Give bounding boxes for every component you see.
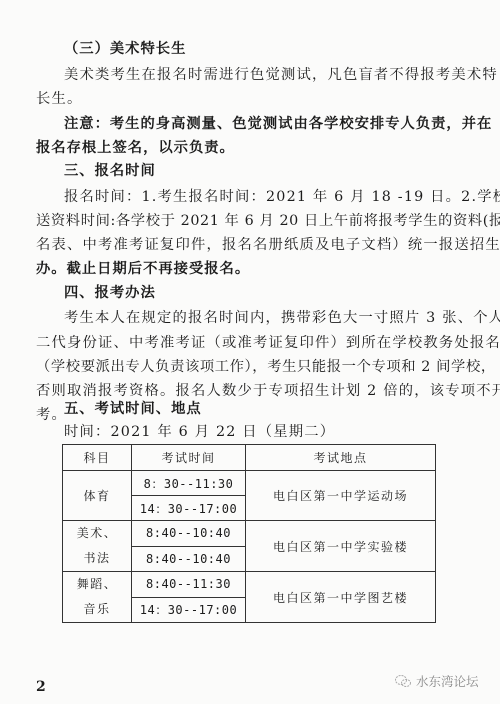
method-line3: （学校要派出专人负责该项工作），考生只能报一个专项和 2 间学校， [36,356,496,376]
table-header-row: 科目 考试时间 考试地点 [63,445,436,471]
location-cell: 电白区第一中学运动场 [246,471,436,521]
subject-label-line1: 舞蹈、 [63,572,131,597]
location-cell: 电白区第一中学图艺楼 [246,572,436,623]
watermark-text: 水东湾论坛 [416,672,479,690]
method-line1: 考生本人在规定的报名时间内，携带彩色大一寸照片 3 张、个人 [64,307,500,327]
section-heading-art-specialty: （三）美术特长生 [64,38,186,58]
section-heading-registration-time: 三、报名时间 [64,160,156,180]
subject-cell: 美术、书法 [63,521,132,572]
registration-line2: 送资料时间:各学校于 2021 年 6 月 20 日上午前将报考学生的资料(报 [36,210,500,230]
exam-date: 时间：2021 年 6 月 22 日（星期二） [64,421,335,441]
section-heading-exam-time-place: 五、考试时间、地点 [64,398,202,418]
page-number: 2 [36,679,46,695]
method-line4: 否则取消报考资格。报名人数少于专项招生计划 2 倍的，该专项不开 [36,380,500,400]
registration-line3: 名表、中考准考证复印件，报名名册纸质及电子文档）统一报送招生 [36,234,500,254]
registration-line1: 报名时间：1.考生报名时间：2021 年 6 月 18 -19 日。2.学校报 [64,186,500,206]
time-cell: 8:40--11:30 [132,572,246,598]
note-line2: 报名存根上签名，以示负责。 [36,137,235,157]
time-cell: 8:40--10:40 [132,546,246,572]
table-row: 美术、书法 8:40--10:40 电白区第一中学实验楼 [63,521,436,547]
section-heading-method: 四、报考办法 [64,282,156,302]
time-cell: 14：30--17:00 [132,496,246,521]
time-cell: 14：30--17:00 [132,597,246,623]
wechat-icon [395,674,411,688]
watermark: 水东湾论坛 [395,672,479,690]
exam-schedule-table: 科目 考试时间 考试地点 体育 8：30--11:30 电白区第一中学运动场 1… [62,444,436,623]
registration-line4: 办。截止日期后不再接受报名。 [36,258,250,278]
time-cell: 8：30--11:30 [132,471,246,496]
table-row: 体育 8：30--11:30 电白区第一中学运动场 [63,471,436,496]
table-row: 舞蹈、音乐 8:40--11:30 电白区第一中学图艺楼 [63,572,436,598]
paragraph-art-line1: 美术类考生在报名时需进行色觉测试，凡色盲者不得报考美术特 [64,64,498,84]
header-exam-location: 考试地点 [246,445,436,471]
time-cell: 8:40--10:40 [132,521,246,547]
subject-cell: 体育 [63,471,132,521]
header-exam-time: 考试时间 [132,445,246,471]
method-line5: 考。 [36,404,67,424]
location-cell: 电白区第一中学实验楼 [246,521,436,572]
subject-label-line2: 音乐 [63,597,131,622]
subject-label-line1: 美术、 [63,521,131,546]
note-line1: 注意：考生的身高测量、色觉测试由各学校安排专人负责，并在 [64,113,492,133]
subject-label-line2: 书法 [63,546,131,571]
method-line2: 二代身份证、中考准考证（或准考证复印件）到所在学校教务处报名 [36,332,500,352]
subject-cell: 舞蹈、音乐 [63,572,132,623]
header-subject: 科目 [63,445,132,471]
subject-label: 体育 [83,489,110,503]
paragraph-art-line2: 长生。 [36,88,83,108]
